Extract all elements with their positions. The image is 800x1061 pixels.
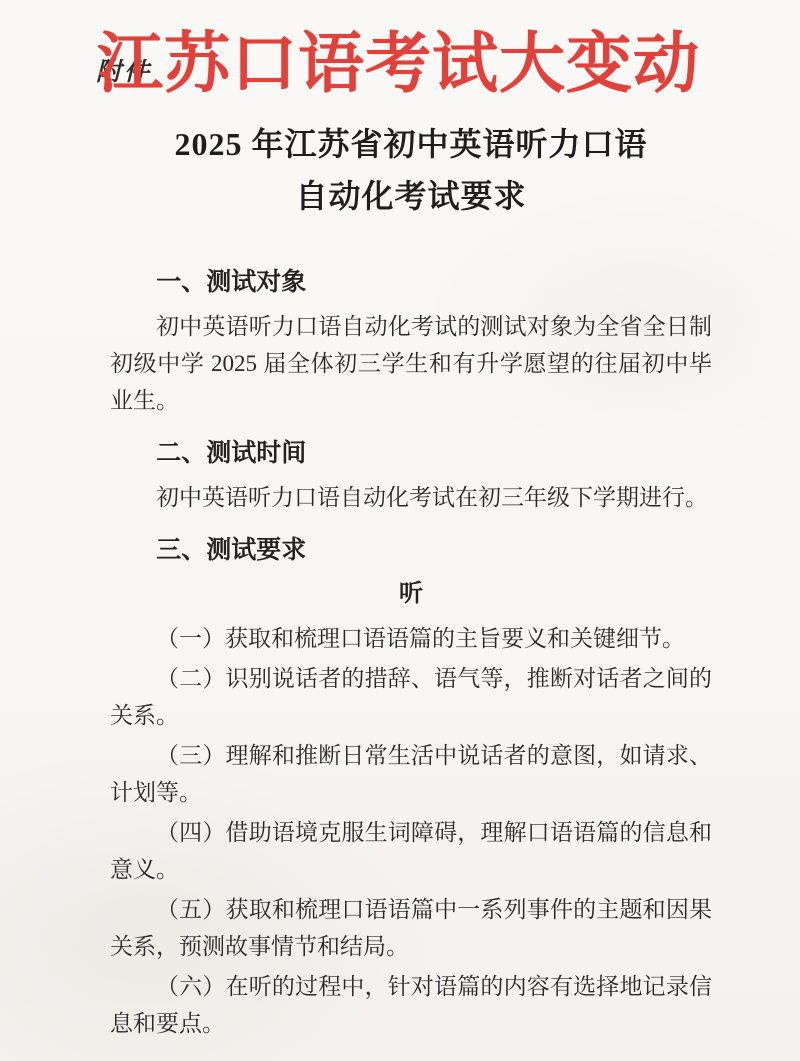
scanned-document-page: 附件 江苏口语考试大变动 2025 年江苏省初中英语听力口语 自动化考试要求 一…	[0, 0, 800, 1061]
section-heading-test-time: 二、测试时间	[110, 437, 712, 469]
list-item-6: （六）在听的过程中，针对语篇的内容有选择地记录信息和要点。	[110, 968, 712, 1042]
document-body: 2025 年江苏省初中英语听力口语 自动化考试要求 一、测试对象 初中英语听力口…	[110, 118, 712, 1042]
subheading-listening: 听	[110, 576, 712, 612]
section-heading-test-requirements: 三、测试要求	[110, 534, 712, 566]
document-title-line1: 2025 年江苏省初中英语听力口语	[174, 126, 647, 162]
list-item-5: （五）获取和梳理口语语篇中一系列事件的主题和因果关系，预测故事情节和结局。	[110, 891, 712, 965]
list-item-1: （一）获取和梳理口语语篇的主旨要义和关键细节。	[110, 620, 712, 657]
red-overlay-headline: 江苏口语考试大变动	[97, 10, 703, 105]
list-item-3: （三）理解和推断日常生活中说话者的意图，如请求、计划等。	[110, 737, 712, 811]
list-item-2: （二）识别说话者的措辞、语气等，推断对话者之间的关系。	[110, 660, 712, 734]
paragraph-test-time: 初中英语听力口语自动化考试在初三年级下学期进行。	[110, 479, 712, 516]
document-title-line2: 自动化考试要求	[295, 178, 526, 214]
section-test-requirements: 三、测试要求 听 （一）获取和梳理口语语篇的主旨要义和关键细节。 （二）识别说话…	[110, 534, 712, 1042]
list-item-4: （四）借助语境克服生词障碍，理解口语语篇的信息和意义。	[110, 814, 712, 888]
section-test-time: 二、测试时间 初中英语听力口语自动化考试在初三年级下学期进行。	[110, 437, 712, 516]
section-heading-test-subjects: 一、测试对象	[110, 266, 712, 298]
section-test-subjects: 一、测试对象 初中英语听力口语自动化考试的测试对象为全省全日制初级中学 2025…	[110, 266, 712, 419]
document-title: 2025 年江苏省初中英语听力口语 自动化考试要求	[110, 118, 712, 222]
paragraph-test-subjects: 初中英语听力口语自动化考试的测试对象为全省全日制初级中学 2025 届全体初三学…	[110, 308, 712, 419]
